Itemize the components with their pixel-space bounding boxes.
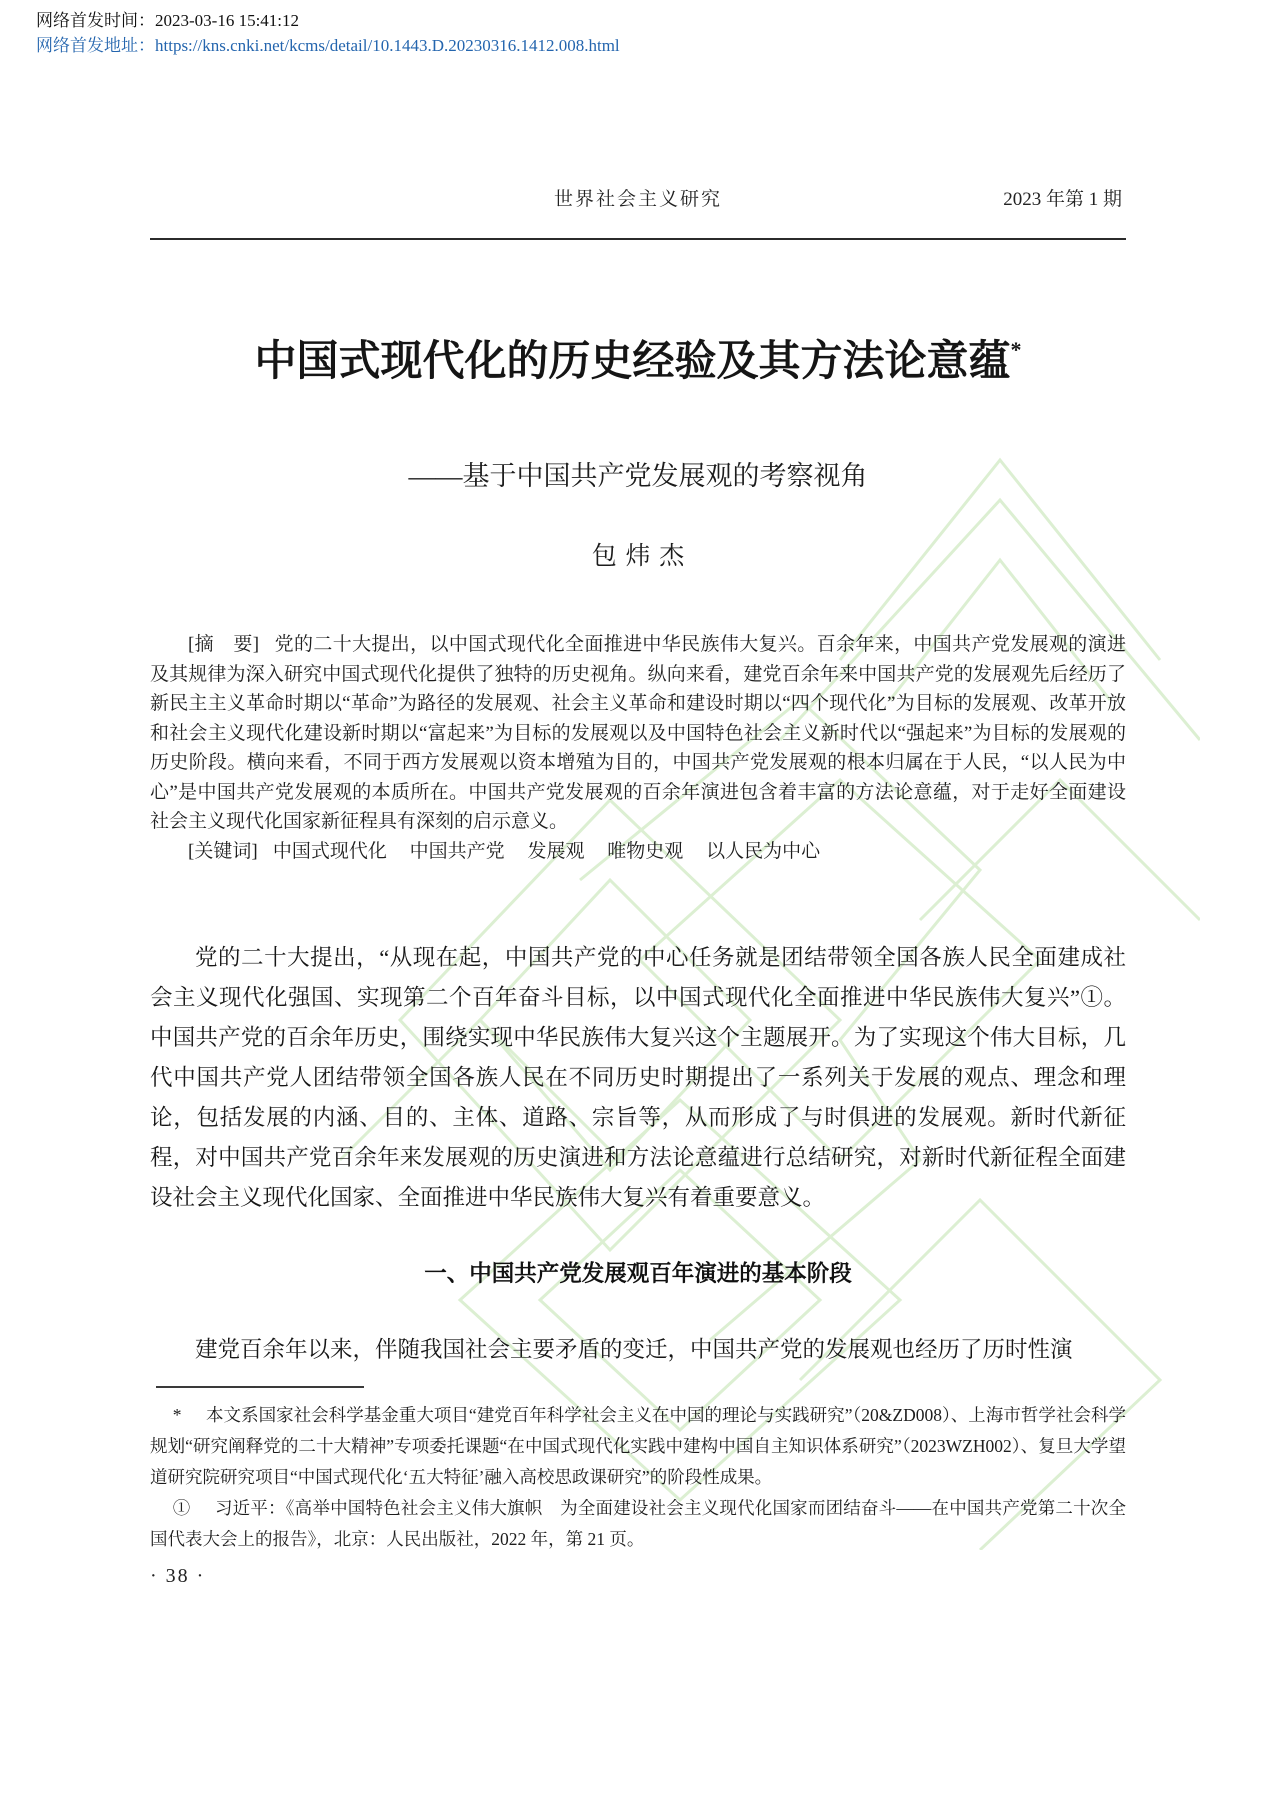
page-number: · 38 · [150,1565,1126,1588]
footnote-1: ①习近平：《高举中国特色社会主义伟大旗帜 为全面建设社会主义现代化国家而团结奋斗… [150,1493,1126,1555]
journal-issue: 2023 年第 1 期 [1003,184,1122,211]
body-paragraph-2: 建党百余年以来，伴随我国社会主要矛盾的变迁，中国共产党的发展观也经历了历时性演 [150,1330,1126,1370]
abstract-text: 党的二十大提出，以中国式现代化全面推进中华民族伟大复兴。百余年来，中国共产党发展… [150,634,1126,832]
keywords-label: [关键词] [188,841,258,862]
body-paragraph-1: 党的二十大提出，“从现在起，中国共产党的中心任务就是团结带领全国各族人民全面建成… [150,938,1126,1218]
article-column: 世界社会主义研究 2023 年第 1 期 中国式现代化的历史经验及其方法论意蕴*… [150,0,1126,1588]
article-title-text: 中国式现代化的历史经验及其方法论意蕴 [254,339,1010,385]
publish-url-link[interactable]: https://kns.cnki.net/kcms/detail/10.1443… [155,36,620,55]
publish-time-line: 网络首发时间：2023-03-16 15:41:12 [36,8,620,33]
keyword: 以人民为中心 [706,841,820,862]
title-footnote-marker: * [1011,337,1022,362]
keyword: 中国共产党 [410,841,505,862]
journal-name: 世界社会主义研究 [554,184,722,211]
article-subtitle: ——基于中国共产党发展观的考察视角 [150,458,1126,494]
publish-url-label: 网络首发地址： [36,36,155,55]
keyword: 中国式现代化 [273,841,387,862]
network-first-meta: 网络首发时间：2023-03-16 15:41:12 网络首发地址：https:… [36,8,620,58]
footnote-star-text: 本文系国家社会科学基金重大项目“建党百年科学社会主义在中国的理论与实践研究”（2… [150,1405,1126,1487]
abstract-paragraph: [摘 要]党的二十大提出，以中国式现代化全面推进中华民族伟大复兴。百余年来，中国… [150,630,1126,837]
publish-time-value: 2023-03-16 15:41:12 [155,11,299,30]
section-1-heading: 一、中国共产党发展观百年演进的基本阶段 [150,1254,1126,1294]
publish-time-label: 网络首发时间： [36,11,155,30]
footnote-star: *本文系国家社会科学基金重大项目“建党百年科学社会主义在中国的理论与实践研究”（… [150,1400,1126,1493]
keywords-line: [关键词]中国式现代化中国共产党发展观唯物史观以人民为中心 [150,837,1126,867]
footnote-1-marker: ① [173,1498,191,1518]
author-name: 包炜杰 [150,540,1126,574]
footnote-separator [156,1386,364,1388]
article-title: 中国式现代化的历史经验及其方法论意蕴* [150,324,1126,388]
journal-page: 网络首发时间：2023-03-16 15:41:12 网络首发地址：https:… [0,0,1271,1797]
publish-url-line: 网络首发地址：https://kns.cnki.net/kcms/detail/… [36,33,620,58]
journal-running-head: 世界社会主义研究 2023 年第 1 期 [150,184,1126,240]
keyword: 发展观 [527,841,584,862]
keyword: 唯物史观 [607,841,683,862]
footnote-star-marker: * [173,1405,182,1425]
abstract-label: [摘 要] [188,634,259,655]
footnotes-block: *本文系国家社会科学基金重大项目“建党百年科学社会主义在中国的理论与实践研究”（… [150,1400,1126,1555]
footnote-1-text: 习近平：《高举中国特色社会主义伟大旗帜 为全面建设社会主义现代化国家而团结奋斗—… [150,1498,1126,1549]
